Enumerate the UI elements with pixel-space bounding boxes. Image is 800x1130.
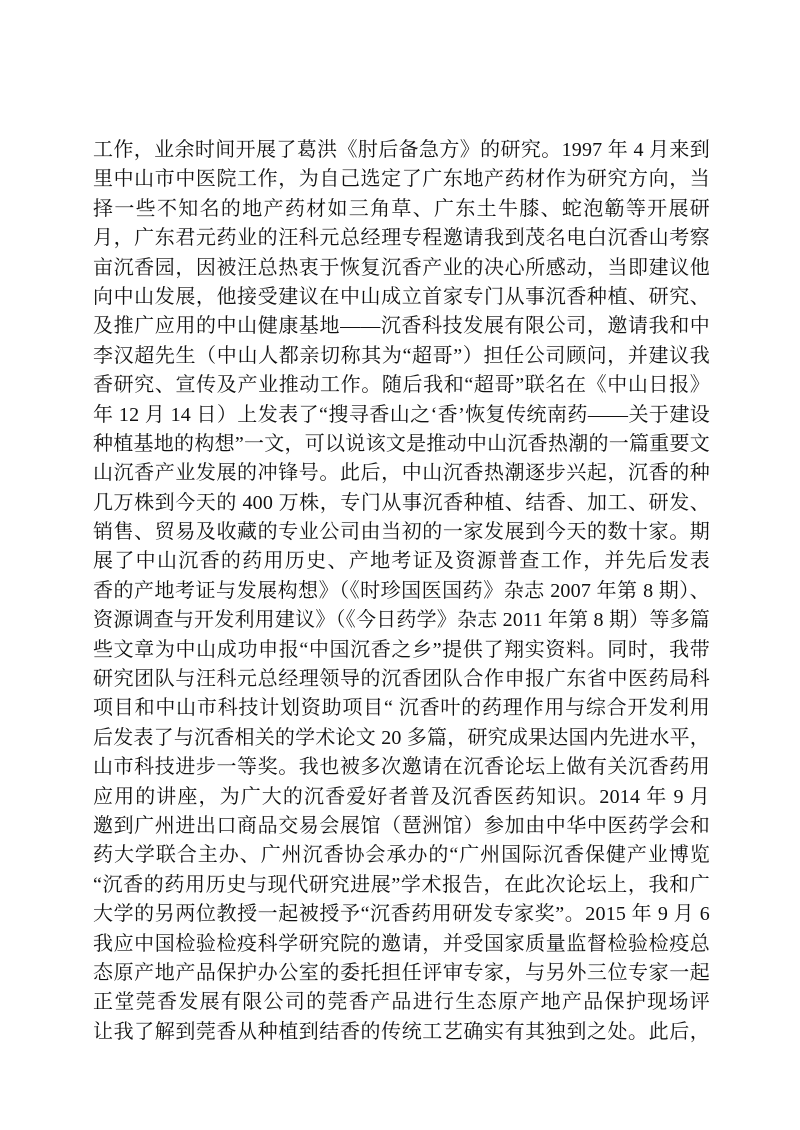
text-line: 让我了解到莞香从种植到结香的传统工艺确实有其独到之处。此后，还多次应邀: [93, 1018, 710, 1047]
text-line: 应用的讲座，为广大的沉香爱好者普及沉香医药知识。2014 年 9 月 13 日，…: [93, 783, 710, 812]
text-line: 后发表了与沉香相关的学术论文 20 多篇，研究成果达国内先进水平，并获得中: [93, 724, 710, 753]
text-line: 里中山市中医院工作，为自己选定了广东地产药材作为研究方向，当时主要是选: [93, 165, 710, 194]
text-line: 及推广应用的中山健康基地——沉香科技发展有限公司，邀请我和中山民俗专家: [93, 312, 710, 341]
text-line: 月，广东君元药业的汪科元总经理专程邀请我到茂名电白沉香山考察他种植的万: [93, 224, 710, 253]
text-line: 些文章为中山成功申报“中国沉香之乡”提供了翔实资料。同时，我带领我的: [93, 636, 710, 665]
text-line: 向中山发展，他接受建议在中山成立首家专门从事沉香种植、研究、开发、销售: [93, 283, 710, 312]
text-line: 研究团队与汪科元总经理领导的沉香团队合作申报广东省中医药局科技基金资助: [93, 665, 710, 694]
text-line: 我应中国检验检疫科学研究院的邀请，并受国家质量监督检验检疫总局通关司生: [93, 930, 710, 959]
text-line: 工作，业余时间开展了葛洪《肘后备急方》的研究。1997 年 4 月来到伟人的故: [93, 136, 710, 165]
text-line: 山市科技进步一等奖。我也被多次邀请在沉香论坛上做有关沉香药用历史及医药: [93, 753, 710, 782]
text-line: 李汉超先生（中山人都亲切称其为“超哥”）担任公司顾问，并建议我们开展沉: [93, 342, 710, 371]
text-line: 展了中山沉香的药用历史、产地考证及资源普查工作，并先后发表《南药中山沉: [93, 547, 710, 576]
text-line: 种植基地的构想”一文，可以说该文是推动中山沉香热潮的一篇重要文章，是中: [93, 430, 710, 459]
text-line: 项目和中山市科技计划资助项目“ 沉香叶的药理作用与综合开发利用研究”，先: [93, 694, 710, 723]
text-line: 正堂莞香发展有限公司的莞香产品进行生态原产地产品保护现场评审，这次评审: [93, 988, 710, 1017]
text-line: 亩沉香园，因被汪总热衷于恢复沉香产业的决心所感动，当即建议他将沉香事业: [93, 254, 710, 283]
text-line: 择一些不知名的地产药材如三角草、广东土牛膝、蛇泡簕等开展研究。2006 年 6: [93, 195, 710, 224]
text-line: 资源调查与开发利用建议》（《今日药学》杂志 2011 年第 8 期）等多篇文章，…: [93, 606, 710, 635]
body-text: 工作，业余时间开展了葛洪《肘后备急方》的研究。1997 年 4 月来到伟人的故里…: [93, 136, 710, 1047]
document-page: 工作，业余时间开展了葛洪《肘后备急方》的研究。1997 年 4 月来到伟人的故里…: [0, 0, 800, 1130]
text-line: 几万株到今天的 400 万株，专门从事沉香种植、结香、加工、研发、应用推广、: [93, 489, 710, 518]
text-line: 药大学联合主办、广州沉香协会承办的“广州国际沉香保健产业博览会”，做: [93, 841, 710, 870]
text-line: 香研究、宣传及产业推动工作。随后我和“超哥”联名在《中山日报》（2006: [93, 371, 710, 400]
text-line: 香的产地考证与发展构想》（《时珍国医国药》杂志 2007 年第 8 期）、《中山…: [93, 577, 710, 606]
text-line: 态原产地产品保护办公室的委托担任评审专家，与另外三位专家一起对东莞市尚: [93, 959, 710, 988]
text-line: “沉香的药用历史与现代研究进展”学术报告，在此次论坛上，我和广州中医药: [93, 871, 710, 900]
text-line: 销售、贸易及收藏的专业公司由当初的一家发展到今天的数十家。期间我牵头开: [93, 518, 710, 547]
text-line: 大学的另两位教授一起被授予“沉香药用研发专家奖”。2015 年 9 月 6～8 …: [93, 900, 710, 929]
text-line: 年 12 月 14 日）上发表了“搜寻香山之‘香’恢复传统南药——关于建设沉香: [93, 401, 710, 430]
text-line: 邀到广州进出口商品交易会展馆（琶洲馆）参加由中华中医药学会和广州中医: [93, 812, 710, 841]
text-line: 山沉香产业发展的冲锋号。此后，中山沉香热潮逐步兴起，沉香的种植由当初的: [93, 459, 710, 488]
